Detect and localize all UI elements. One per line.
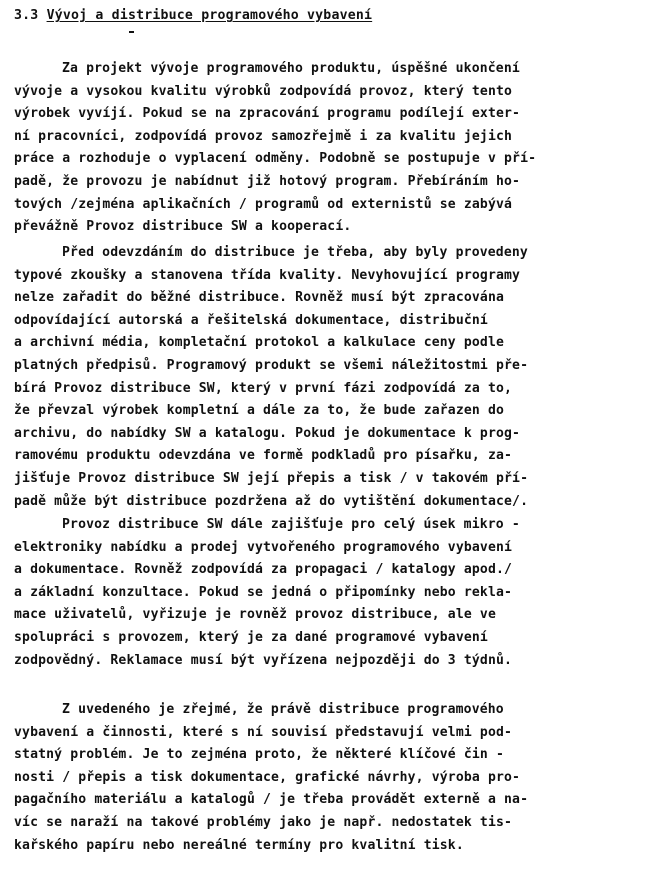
section-title: Vývoj a distribuce programového vybavení [47, 8, 373, 23]
text-line: tových /zejména aplikačních / programů o… [14, 198, 512, 211]
text-line: bírá Provoz distribuce SW, který v první… [14, 382, 512, 395]
text-line: Provoz distribuce SW dále zajišťuje pro … [62, 518, 520, 531]
text-line: platných předpisů. Programový produkt se… [14, 359, 528, 372]
typewritten-page: 3.3 Vývoj a distribuce programového vyba… [0, 0, 645, 870]
text-line: že převzal výrobek kompletní a dále za t… [14, 404, 504, 417]
heading-mark [129, 31, 134, 33]
text-line: spolupráci s provozem, který je za dané … [14, 631, 488, 644]
text-line: typové zkoušky a stanovena třída kvality… [14, 269, 520, 282]
text-line: Před odevzdáním do distribuce je třeba, … [62, 246, 528, 259]
text-line: statný problém. Je to zejména proto, že … [14, 748, 504, 761]
text-line: vývoje a vysokou kvalitu výrobků zodpoví… [14, 85, 512, 98]
section-number: 3.3 [14, 8, 38, 23]
text-line: padě, že provozu je nabídnut již hotový … [14, 175, 520, 188]
text-line: nelze zařadit do běžné distribuce. Rovně… [14, 291, 504, 304]
text-line: Z uvedeného je zřejmé, že právě distribu… [62, 703, 504, 716]
text-line: výrobek vyvíjí. Pokud se na zpracování p… [14, 107, 520, 120]
text-line: jišťuje Provoz distribuce SW její přepis… [14, 472, 528, 485]
text-line: mace uživatelů, vyřizuje je rovněž provo… [14, 608, 496, 621]
text-line: Za projekt vývoje programového produktu,… [62, 62, 520, 75]
text-line: archivu, do nabídky SW a katalogu. Pokud… [14, 427, 520, 440]
text-line: ní pracovníci, zodpovídá provoz samozřej… [14, 130, 512, 143]
text-line: a dokumentace. Rovněž zodpovídá za propa… [14, 563, 512, 576]
text-line: kařského papíru nebo nereálné termíny pr… [14, 839, 464, 852]
text-line: práce a rozhoduje o vyplacení odměny. Po… [14, 152, 536, 165]
text-line: převážně Provoz distribuce SW a kooperac… [14, 220, 351, 233]
text-line: nosti / přepis a tisk dokumentace, grafi… [14, 771, 520, 784]
text-line: elektroniky nabídku a prodej vytvořeného… [14, 541, 512, 554]
section-heading: 3.3 Vývoj a distribuce programového vyba… [14, 8, 372, 23]
text-line: víc se naraží na takové problémy jako je… [14, 816, 512, 829]
text-line: odpovídající autorská a řešitelská dokum… [14, 314, 488, 327]
text-line: a základní konzultace. Pokud se jedná o … [14, 586, 512, 599]
text-line: pagačního materiálu a katalogů / je třeb… [14, 793, 528, 806]
text-line: padě může být distribuce pozdržena až do… [14, 495, 528, 508]
text-line: ramovému produktu odevzdána ve formě pod… [14, 449, 512, 462]
text-line: vybavení a činnosti, které s ní souvisí … [14, 726, 512, 739]
text-line: zodpovědný. Reklamace musí být vyřízena … [14, 654, 512, 667]
text-line: a archivní média, kompletační protokol a… [14, 336, 504, 349]
